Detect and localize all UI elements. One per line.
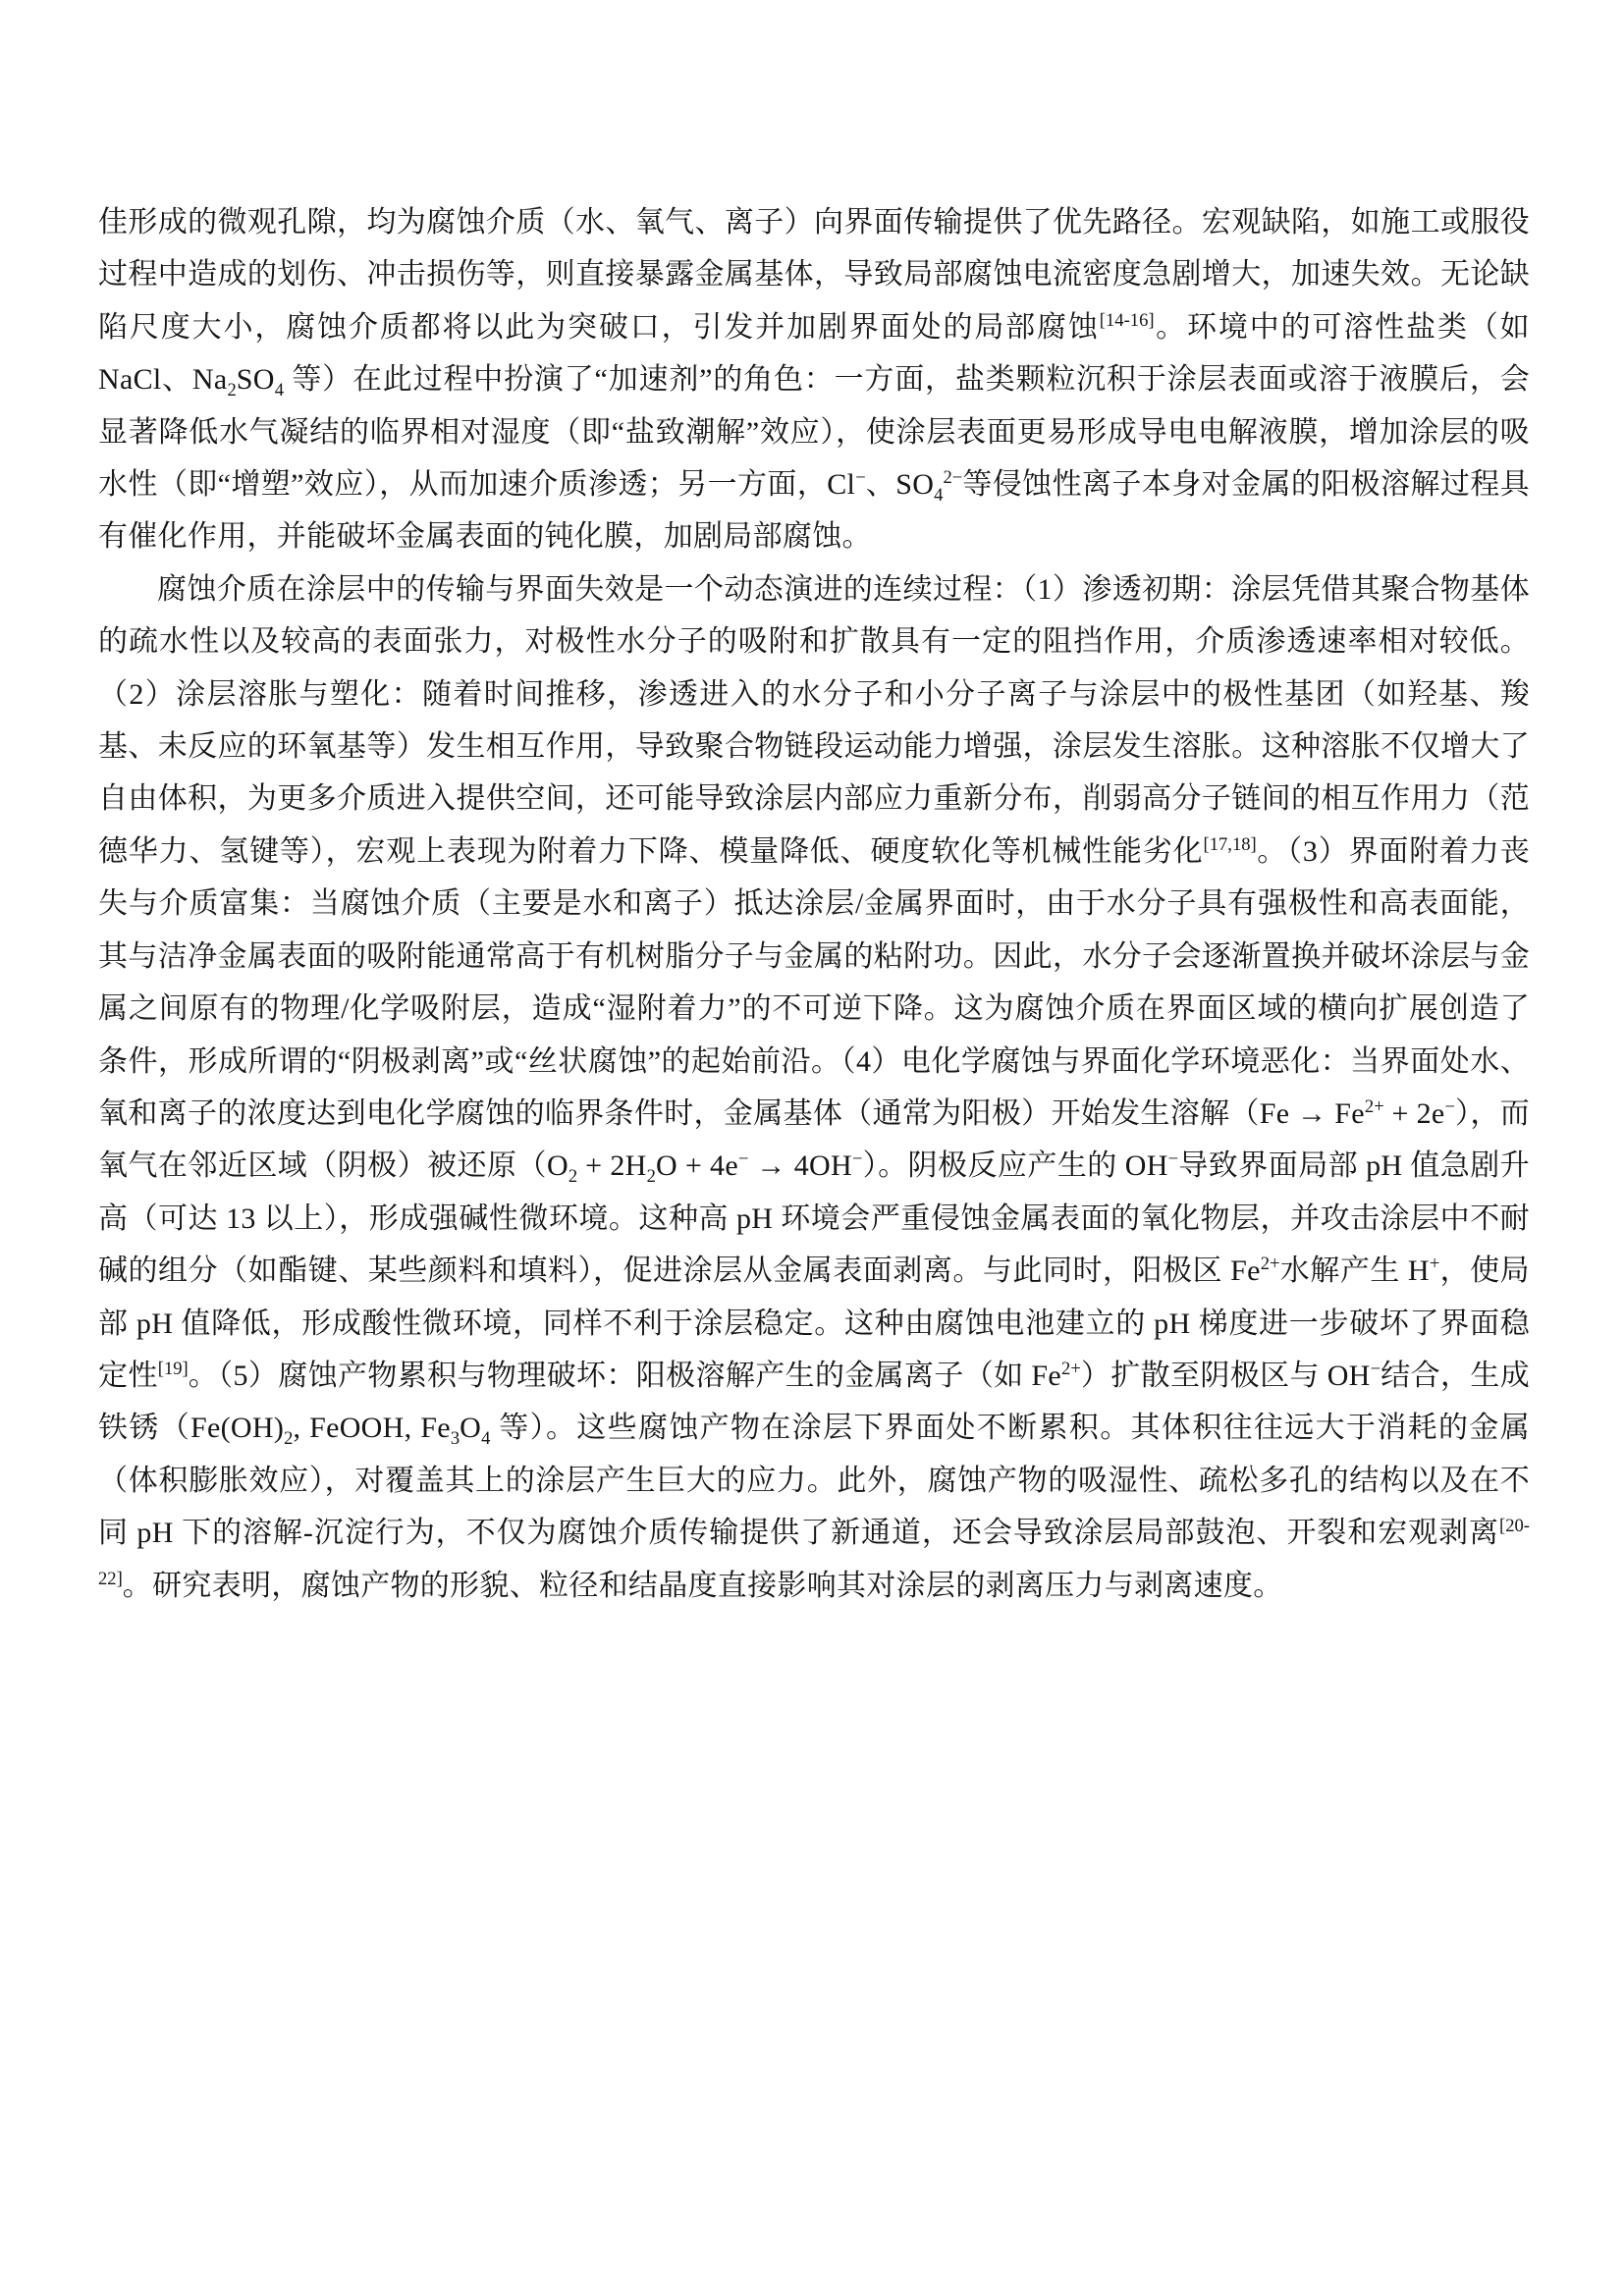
superscript-text: 2+	[1365, 1096, 1384, 1117]
superscript-text: −	[1168, 1148, 1179, 1169]
text-run: , FeOOH, Fe	[293, 1412, 450, 1444]
superscript-text: −	[738, 1148, 749, 1169]
subscript-text: 4	[481, 1428, 490, 1449]
subscript-text: 2	[568, 1166, 577, 1187]
text-run: 水解产生 H	[1280, 1255, 1430, 1287]
superscript-text: 2+	[1061, 1359, 1081, 1379]
subscript-text: 2	[647, 1166, 656, 1187]
superscript-text: +	[1430, 1254, 1440, 1274]
superscript-text: −	[1371, 1359, 1381, 1379]
text-run: 。（3）界面附着力丧失与介质富集：当腐蚀介质（主要是水和离子）抵达涂层/金属界面…	[98, 835, 1530, 1130]
text-run: O	[460, 1412, 481, 1444]
text-run: + 2e	[1384, 1097, 1445, 1130]
text-run: 腐蚀介质在涂层中的传输与界面失效是一个动态演进的连续过程：（1）渗透初期：涂层凭…	[98, 573, 1530, 868]
subscript-text: 2	[227, 380, 236, 400]
superscript-text: [17,18]	[1204, 834, 1257, 855]
superscript-text: −	[852, 1148, 863, 1169]
superscript-text: −	[855, 467, 866, 488]
superscript-text: 2−	[943, 467, 962, 488]
superscript-text: −	[1445, 1096, 1456, 1117]
subscript-text: 4	[934, 485, 943, 506]
subscript-text: 3	[451, 1428, 460, 1449]
text-run: ）。阴极反应产生的 OH	[862, 1149, 1167, 1182]
text-run: O + 4e	[656, 1149, 738, 1182]
document-page: 佳形成的微观孔隙，均为腐蚀介质（水、氧气、离子）向界面传输提供了优先路径。宏观缺…	[0, 0, 1624, 2296]
superscript-text: 2+	[1261, 1254, 1280, 1274]
superscript-text: [19]	[158, 1359, 189, 1379]
text-run: 。研究表明，腐蚀产物的形貌、粒径和结晶度直接影响其对涂层的剥离压力与剥离速度。	[123, 1570, 1283, 1602]
text-run: ）扩散至阴极区与 OH	[1081, 1360, 1371, 1392]
subscript-text: 4	[275, 380, 284, 400]
text-run: 。（5）腐蚀产物累积与物理破坏：阳极溶解产生的金属离子（如 Fe	[189, 1360, 1061, 1392]
text-run: 、SO	[866, 468, 934, 501]
document-text-block: 佳形成的微观孔隙，均为腐蚀介质（水、氧气、离子）向界面传输提供了优先路径。宏观缺…	[98, 196, 1530, 1612]
superscript-text: [14-16]	[1100, 310, 1155, 331]
paragraph-transport-and-interface-failure-process: 腐蚀介质在涂层中的传输与界面失效是一个动态演进的连续过程：（1）渗透初期：涂层凭…	[98, 563, 1530, 1612]
text-run: → 4OH	[748, 1149, 851, 1182]
text-run: + 2H	[577, 1149, 646, 1182]
text-run: SO	[237, 363, 275, 396]
paragraph-corrosion-defects-and-salts: 佳形成的微观孔隙，均为腐蚀介质（水、氧气、离子）向界面传输提供了优先路径。宏观缺…	[98, 196, 1530, 563]
